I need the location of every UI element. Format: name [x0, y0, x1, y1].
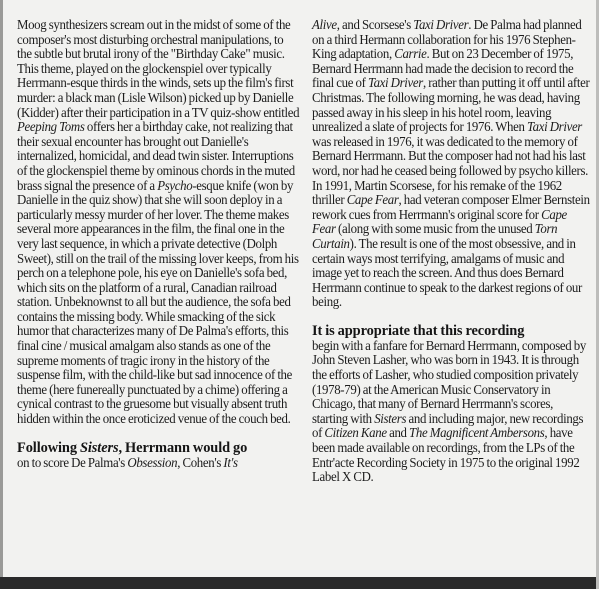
film-title-sisters: Sisters	[374, 411, 406, 426]
booklet-page: Moog synthesizers scream out in the mids…	[0, 0, 596, 577]
film-title-cape-fear: Cape Fear	[347, 192, 399, 207]
film-title-carrie: Carrie	[394, 46, 426, 61]
film-title-peeping-toms: Peeping Toms	[17, 119, 85, 134]
film-title-taxi-driver: Taxi Driver	[527, 119, 582, 134]
section-heading-appropriate-recording: It is appropriate that this recording	[312, 324, 590, 339]
film-title-citizen-kane: Citizen Kane	[324, 425, 386, 440]
right-paragraph-2: begin with a fanfare for Bernard Herrman…	[312, 339, 590, 485]
film-title-obsession: Obsession	[127, 455, 177, 470]
right-paragraph-1: Alive, and Scorsese's Taxi Driver. De Pa…	[312, 18, 590, 310]
film-title-psycho: Psycho	[157, 178, 192, 193]
film-title-its-alive: It's	[223, 455, 237, 470]
left-paragraph-2: on to score De Palma's Obsession, Cohen'…	[17, 456, 300, 471]
right-column: Alive, and Scorsese's Taxi Driver. De Pa…	[312, 18, 590, 485]
film-title-taxi-driver: Taxi Driver	[368, 75, 423, 90]
film-title-taxi-driver: Taxi Driver	[413, 17, 468, 32]
film-title-magnificent-ambersons: The Magnificent Ambersons	[409, 425, 544, 440]
left-paragraph-1: Moog synthesizers scream out in the mids…	[17, 18, 300, 427]
section-heading-following-sisters: Following Sisters, Herrmann would go	[17, 441, 300, 456]
left-column: Moog synthesizers scream out in the mids…	[17, 18, 300, 470]
